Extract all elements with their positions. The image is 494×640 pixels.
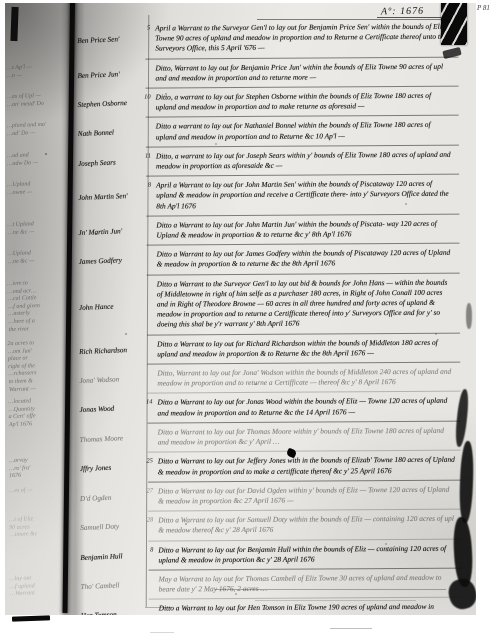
margin-note xyxy=(9,427,61,429)
footer-rule xyxy=(255,600,416,601)
grantee-name: Jn' Martin Jun' xyxy=(78,219,139,244)
paper-sheet: Aº: 1676 Ben Price Sen' 5 April a Warran… xyxy=(5,3,476,615)
margin-note: …es of — xyxy=(9,486,61,495)
day-number: 8 xyxy=(140,545,153,567)
scan-noise-speckles xyxy=(5,3,7,5)
day-number: 5 xyxy=(137,24,150,57)
grantee-name: Thomas Moore xyxy=(79,426,140,451)
ledger-entry-row: Jona' Wodson Ditto, Warrant to lay out f… xyxy=(5,363,476,395)
warrant-entries-list: Ben Price Sen' 5 April a Warrant to the … xyxy=(5,18,476,615)
margin-note: …t Upland …ne &c — xyxy=(7,220,59,237)
scan-artifact-topleft-bar xyxy=(10,7,18,41)
grantee-name: John Hance xyxy=(78,278,140,333)
stray-mark xyxy=(150,632,174,633)
day-number xyxy=(141,574,154,596)
margin-note: …t of Eliz 90 acres …imore &c xyxy=(9,516,62,540)
margin-note: …Upland …owne — xyxy=(7,181,59,198)
ledger-entry-row: …pland and mo' …ad' Do — Nath Bonnel Dit… xyxy=(5,116,475,148)
grantee-name: Jffry Jones xyxy=(79,456,140,481)
warrant-entry-text: Ditto, a warrant to lay out for Stephen … xyxy=(151,91,475,115)
warrant-entry-text: Ditto, Warrant to lay out for Jona' Wods… xyxy=(152,367,476,391)
warrant-entry-text: Ditto a Warrant to lay out for Richard R… xyxy=(152,337,476,361)
margin-note xyxy=(10,604,62,606)
grantee-name: John Martin Sen' xyxy=(78,180,139,215)
grantee-name: Joseph Sears xyxy=(78,150,139,175)
day-number: 14 xyxy=(139,398,152,420)
ledger-entry-row: …t Upland …ne &c — Jn' Martin Jun' Ditto… xyxy=(5,214,476,246)
warrant-entry-text: Ditto a Warrant to lay out for Benjamin … xyxy=(153,543,476,567)
ledger-entry-row: …s Ap'l — …o — Ben Price Jun' Ditto, War… xyxy=(5,57,475,89)
warrant-entry-text: Ditto a Warrant to lay out for John Mart… xyxy=(151,218,475,242)
ledger-entry-row: Ben Price Sen' 5 April a Warrant to the … xyxy=(5,18,474,60)
day-number: 8 xyxy=(138,181,151,214)
warrant-entry-text: April a Warrant to the Surveyor Gen'l to… xyxy=(150,22,474,57)
warrant-entry-text: Ditto, Warrant to lay out for Benjamin P… xyxy=(150,61,474,85)
grantee-name: Ben Price Sen' xyxy=(77,23,138,58)
warrant-entry-text: Ditto a Warrant to the Surveyor Gen'l to… xyxy=(152,277,476,332)
grantee-name: James Godfery xyxy=(78,249,139,274)
grantee-name: Jonas Wood xyxy=(79,397,140,422)
day-number xyxy=(138,122,151,144)
scan-artifact-bottom-dash xyxy=(12,615,50,621)
page-number: P 81 xyxy=(477,4,490,12)
margin-note: …Upland …ne &c — xyxy=(7,250,59,267)
day-number xyxy=(138,220,151,242)
day-number xyxy=(139,279,152,332)
ledger-entry-row: …t of Eliz 90 acres …imore &c Samuell Do… xyxy=(6,510,476,542)
warrant-entry-text: Ditto a Warrant to lay out for Thomas Mo… xyxy=(153,425,476,449)
warrant-entry-text: Ditto a Warrant to lay out for Hen Tomso… xyxy=(154,602,476,615)
day-number xyxy=(139,250,152,272)
ledger-entry-row: …as of Upl — …an' mead' Do Stephen Osbor… xyxy=(5,87,475,119)
margin-note: …ud and …adw Do — xyxy=(7,151,59,168)
ledger-entry-row: …es of — D'd Ogden 27 Ditto a Warrant to… xyxy=(6,480,476,512)
ledger-entry-row: …ud and …adw Do — Joseph Sears 11 Ditto,… xyxy=(5,145,475,177)
grantee-name: Nath Bonnel xyxy=(77,121,138,146)
day-number: 10 xyxy=(138,93,151,115)
ledger-entry-row: …arvay …ro' fra' 1676 Jffry Jones 25 Dit… xyxy=(6,451,476,483)
warrant-entry-text: Ditto a Warrant to lay out for Jeffery J… xyxy=(153,455,476,479)
margin-note: …ivre to …ond acr… …cal Cattle …f and gi… xyxy=(7,279,61,334)
warrant-entry-text: Ditto a Warrant to lay out for Jonas Woo… xyxy=(152,396,476,420)
ledger-entry-row: …lay out …f upland …Warrant Tho' Cambell… xyxy=(7,568,476,600)
day-number xyxy=(139,369,152,391)
day-number xyxy=(141,604,154,615)
day-number xyxy=(137,63,150,85)
ledger-entry-row: …located …Quantity a Cert' offe Ap'l 167… xyxy=(5,392,476,424)
scan-artifact-edge-blotch xyxy=(466,303,472,329)
year-heading: Aº: 1676 xyxy=(381,6,424,18)
grantee-name: Benjamin Hull xyxy=(80,544,141,569)
ledger-entry-row: Thomas Moore Ditto a Warrant to lay out … xyxy=(6,421,476,453)
margin-note: …s Ap'l — …o — xyxy=(6,63,58,80)
day-number: 11 xyxy=(138,151,151,173)
ledger-entry-row: …ivre to …ond acr… …cal Cattle …f and gi… xyxy=(5,273,476,336)
grantee-name: Samuell Doty xyxy=(80,515,141,540)
ledger-entry-row: Benjamin Hull 8 Ditto a Warrant to lay o… xyxy=(6,539,476,571)
scan-artifact-corner-blob xyxy=(441,3,467,45)
warrant-entry-text: May a Warrant to lay out for Thomas Camb… xyxy=(154,572,476,596)
margin-note xyxy=(8,368,60,370)
grantee-name: Ben Price Jun' xyxy=(77,62,138,87)
warrant-entry-text: Ditto, a warrant to lay out for Joseph S… xyxy=(151,149,475,173)
footer-rule xyxy=(215,589,446,590)
margin-note xyxy=(9,545,61,547)
warrant-entry-text: April a Warrant to lay out for John Mart… xyxy=(151,179,475,214)
ledger-entry-row: 2a acres to …om Jun' place or right of t… xyxy=(5,333,476,365)
stray-mark xyxy=(330,628,372,629)
grantee-name: Hen Tomson xyxy=(80,603,141,615)
margin-note: …as of Upl — …an' mead' Do xyxy=(6,92,58,109)
stray-mark xyxy=(145,607,171,608)
warrant-entry-text: Ditto a Warrant to lay out for David Ogd… xyxy=(153,484,476,508)
day-number xyxy=(140,427,153,449)
margin-note: …lay out …f upland …Warrant xyxy=(9,574,62,598)
warrant-entry-text: Ditto a warrant to lay out for Nathaniel… xyxy=(151,120,475,144)
grantee-name: D'd Ogden xyxy=(80,485,141,510)
margin-note: …pland and mo' …ad' Do — xyxy=(7,122,59,139)
warrant-entry-text: Ditto a Warrant to lay out for James God… xyxy=(152,248,476,272)
grantee-name: Jona' Wodson xyxy=(79,368,140,393)
day-number: 27 xyxy=(140,486,153,508)
day-number xyxy=(139,339,152,361)
warrant-entry-text: Ditto a Warrant to lay out for Samuell D… xyxy=(153,514,476,538)
ledger-entry-row: …Upland …owne — John Martin Sen' 8 April… xyxy=(5,175,475,217)
grantee-name: Tho' Cambell xyxy=(80,573,141,598)
day-number: 28 xyxy=(140,516,153,538)
scanned-ledger-page: Aº: 1676 Ben Price Sen' 5 April a Warran… xyxy=(0,0,494,640)
ledger-entry-row: …Upland …ne &c — James Godfery Ditto a W… xyxy=(5,244,476,276)
grantee-name: Stephen Osborne xyxy=(77,92,138,117)
margin-note: …arvay …ro' fra' 1676 xyxy=(9,457,62,481)
day-number: 25 xyxy=(140,457,153,479)
grantee-name: Rich Richardson xyxy=(79,338,140,363)
